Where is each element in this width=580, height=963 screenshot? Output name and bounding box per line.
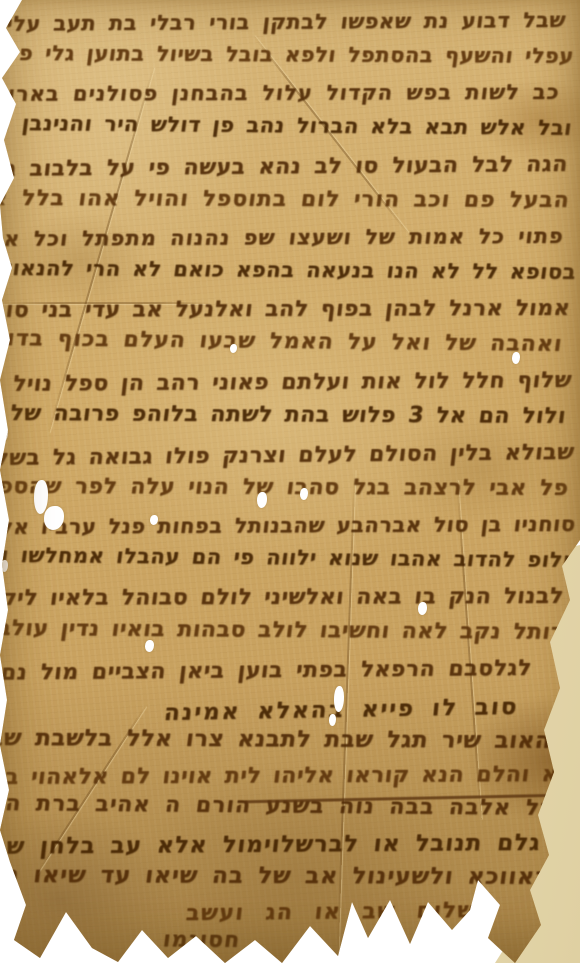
- manuscript-line-11: שלוף חלל לול אות ועלתם פאוני רהב הן ספל …: [0, 368, 573, 398]
- manuscript-line-24: גלם תנובל או לברשלוימול אלא עב בלחן שתקו: [0, 830, 542, 860]
- manuscript-line-5: הגה לבל הבעול סו לב נהא בעשה פי על בלבוב…: [0, 152, 569, 183]
- manuscript-line-19: לגלסבם הרפאל בפתי בוען ביאן הצביים מול נ…: [0, 656, 533, 687]
- manuscript-line-21: והאוב שיר תגל שבת לתבנא צרו אלל בלשבת שב…: [0, 724, 562, 753]
- manuscript-line-15: סוחניו בן סול אברהבע שהבנותל בפחות פנל ע…: [0, 512, 577, 540]
- manuscript-line-1: שבל דבוע נת שאפשו לבתקן בורי רבלי בת תעב…: [0, 8, 567, 37]
- manuscript-line-14: פל אבי לרצהב בגל סהבו של הנוי עלה לפר שה…: [0, 474, 570, 501]
- manuscript-line-17: לבנול הנק בו באה ואלשיני לולם סבוהל בלאי…: [0, 584, 565, 611]
- manuscript-scan: Handwritten manuscript scan שבל דבוע נת …: [0, 0, 580, 963]
- manuscript-line-6: הבעל פם וכב הורי לום בתוספל והויל אהו בל…: [0, 186, 572, 213]
- manuscript-line-27: חסונמו: [161, 927, 241, 953]
- manuscript-line-3: כב לשות בפש הקדול עלול בהבחנן פסולנים בא…: [0, 80, 561, 106]
- manuscript-line-12: ולול הם אל 3 פלוש בהת לשתה בלוהפ פרובה ש…: [0, 400, 568, 429]
- manuscript-line-7: פתוי כל אמות של ושעצו שפ נהנוה מתפתל וכל…: [0, 224, 565, 252]
- manuscript-line-16: ולופ להדוב אהבו שנוא ילווה פי הם עהבלו א…: [0, 542, 572, 572]
- parchment-sheet: שבל דבוע נת שאפשו לבתקן בורי רבלי בת תעב…: [0, 0, 580, 963]
- manuscript-line-9: אמול ארנל לבהן בפוף להב ואלנעל אב עדי בנ…: [0, 296, 571, 323]
- manuscript-line-18: ודותל נקב לאה וחשיבו לולב סבהות בואיו נד…: [0, 615, 574, 645]
- manuscript-line-2: עפלי והשעף בהסתפל ולפא בובל בשיול בתוען …: [0, 40, 576, 68]
- manuscript-line-8: בסופא לל לא הנו בנעאה בהפא כואם לא הרי ל…: [0, 255, 578, 284]
- manuscript-line-13: שבולא בלין הסולם לעלם וצרנק פולו גבואה ג…: [0, 440, 575, 472]
- manuscript-line-4: ובל אלש תבא בלא הברול נהב פן דולש היר וה…: [0, 110, 574, 140]
- manuscript-line-22: לא והלם הנא קוראו אליהו לית אוינו לם אלא…: [0, 762, 573, 791]
- manuscript-line-26: בשלום שב או הג ועשב: [184, 898, 491, 926]
- manuscript-line-25: ראווכא ולשעינול אב של בה שיאו עד שיאו נו…: [0, 862, 552, 890]
- manuscript-line-10: ואהבה של ואל על האמל שבעו העלם בכוף בדוו…: [0, 324, 564, 357]
- text-layer: שבל דבוע נת שאפשו לבתקן בורי רבלי בת תעב…: [0, 0, 580, 963]
